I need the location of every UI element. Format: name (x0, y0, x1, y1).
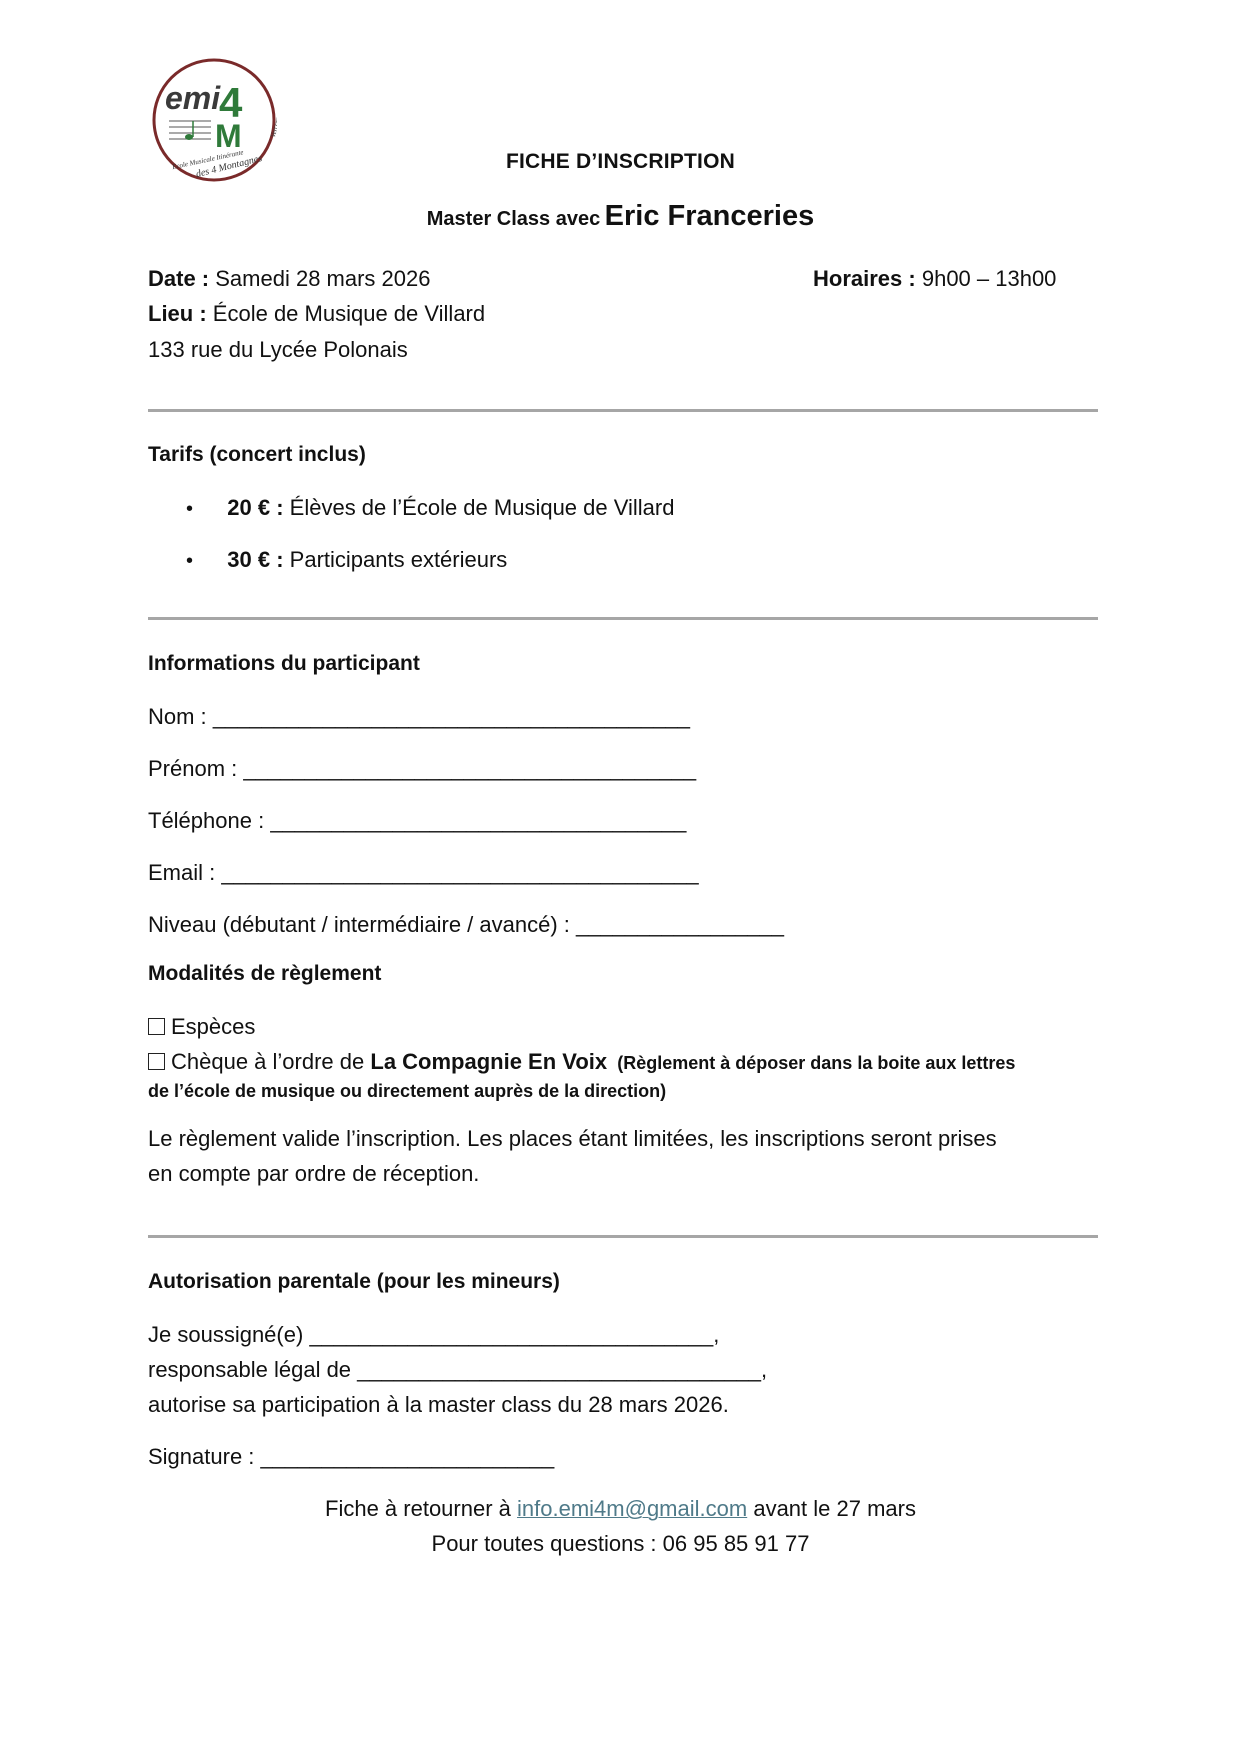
check-note: (Règlement à déposer dans la boite aux l… (617, 1053, 1015, 1073)
signature-field[interactable]: Signature : ________________________ (148, 1444, 554, 1470)
option-label: Espèces (171, 1014, 255, 1039)
place-label: Lieu : (148, 301, 207, 326)
field-prenom[interactable]: Prénom : _______________________________… (148, 756, 696, 782)
hours-label: Horaires : (813, 266, 916, 291)
artist-name: Eric Franceries (605, 200, 815, 232)
payment-note-line2: en compte par ordre de réception. (148, 1161, 479, 1187)
field-blank[interactable]: __________________________________ (270, 808, 686, 833)
tarif-item: • 30 € : Participants extérieurs (186, 547, 507, 573)
event-date: Date : Samedi 28 mars 2026 (148, 266, 430, 292)
tarifs-heading: Tarifs (concert inclus) (148, 443, 366, 467)
auth-line-guardian[interactable]: responsable légal de ___________________… (148, 1357, 767, 1383)
field-label: Prénom : (148, 756, 237, 781)
auth-blank[interactable]: _________________________________, (309, 1322, 719, 1347)
auth-blank[interactable]: _________________________________, (357, 1357, 767, 1382)
tarif-label: Participants extérieurs (290, 547, 508, 572)
section-divider (148, 1235, 1098, 1238)
field-label: Email : (148, 860, 215, 885)
field-blank[interactable]: _____________________________________ (243, 756, 696, 781)
payment-heading: Modalités de règlement (148, 962, 381, 986)
authorization-heading: Autorisation parentale (pour les mineurs… (148, 1270, 560, 1294)
payment-note-line1: Le règlement valide l’inscription. Les p… (148, 1126, 997, 1152)
field-telephone[interactable]: Téléphone : ____________________________… (148, 808, 686, 834)
option-label: Chèque à l’ordre de (171, 1049, 364, 1074)
subtitle-prefix: Master Class avec (427, 208, 600, 230)
contact-email-link[interactable]: info.emi4m@gmail.com (517, 1496, 747, 1521)
return-prefix: Fiche à retourner à (325, 1496, 511, 1521)
place-value: École de Musique de Villard (213, 301, 485, 326)
signature-blank[interactable]: ________________________ (261, 1444, 555, 1469)
auth-line-consent: autorise sa participation à la master cl… (148, 1392, 729, 1418)
check-payee: La Compagnie En Voix (370, 1049, 607, 1074)
checkbox-check[interactable] (148, 1053, 165, 1070)
field-label: Téléphone : (148, 808, 264, 833)
logo-emi-text: emi (165, 80, 221, 116)
field-blank[interactable]: _______________________________________ (213, 704, 690, 729)
tarif-price: 20 € : (227, 495, 283, 520)
return-suffix: avant le 27 mars (753, 1496, 916, 1521)
field-label: Niveau (débutant / intermédiaire / avanc… (148, 912, 570, 937)
field-label: Nom : (148, 704, 207, 729)
auth-label: Je soussigné(e) (148, 1322, 303, 1347)
date-value: Samedi 28 mars 2026 (215, 266, 430, 291)
check-note-continued: de l’école de musique ou directement aup… (148, 1081, 666, 1102)
event-place: Lieu : École de Musique de Villard (148, 301, 485, 327)
auth-line-undersigned[interactable]: Je soussigné(e) ________________________… (148, 1322, 719, 1348)
field-nom[interactable]: Nom : __________________________________… (148, 704, 690, 730)
event-hours: Horaires : 9h00 – 13h00 (813, 266, 1056, 292)
section-divider (148, 617, 1098, 620)
field-niveau[interactable]: Niveau (débutant / intermédiaire / avanc… (148, 912, 784, 938)
bullet-icon: • (186, 498, 193, 520)
tarif-item: • 20 € : Élèves de l’École de Musique de… (186, 495, 674, 521)
date-label: Date : (148, 266, 209, 291)
payment-option-cash[interactable]: Espèces (148, 1014, 255, 1040)
field-email[interactable]: Email : ________________________________… (148, 860, 699, 886)
payment-option-check[interactable]: Chèque à l’ordre de La Compagnie En Voix… (148, 1049, 1015, 1075)
field-blank[interactable]: _______________________________________ (221, 860, 698, 885)
signature-label: Signature : (148, 1444, 254, 1469)
tarif-label: Élèves de l’École de Musique de Villard (290, 495, 675, 520)
tarif-price: 30 € : (227, 547, 283, 572)
checkbox-cash[interactable] (148, 1018, 165, 1035)
hours-value: 9h00 – 13h00 (922, 266, 1057, 291)
form-subtitle: Master Class avec Eric Franceries (0, 200, 1241, 233)
form-title: FICHE D’INSCRIPTION (0, 150, 1241, 174)
event-address: 133 rue du Lycée Polonais (148, 337, 408, 363)
field-blank[interactable]: _________________ (576, 912, 784, 937)
participant-heading: Informations du participant (148, 652, 420, 676)
section-divider (148, 409, 1098, 412)
return-instructions: Fiche à retourner à info.emi4m@gmail.com… (0, 1496, 1241, 1522)
bullet-icon: • (186, 550, 193, 572)
contact-phone: Pour toutes questions : 06 95 85 91 77 (0, 1531, 1241, 1557)
auth-label: responsable légal de (148, 1357, 351, 1382)
